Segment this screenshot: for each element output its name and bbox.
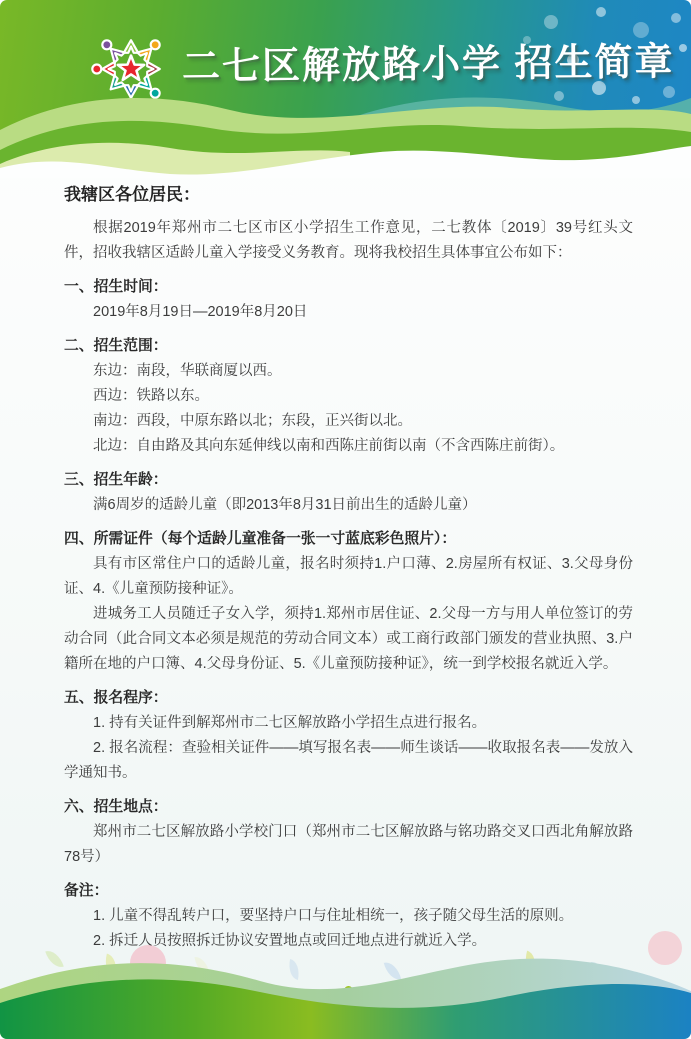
footer-wave-decoration	[0, 947, 691, 1039]
section-heading-5: 五、报名程序：	[64, 686, 633, 711]
section-line: 西边：铁路以东。	[64, 384, 633, 409]
section-paragraph: 2. 报名流程：查验相关证件——填写报名表——师生谈话——收取报名表——发放入学…	[64, 736, 633, 786]
section-line: 2019年8月19日—2019年8月20日	[64, 300, 633, 325]
section-line: 东边：南段，华联商厦以西。	[64, 359, 633, 384]
document-body: 我辖区各位居民： 根据2019年郑州市二七区市区小学招生工作意见，二七教体〔20…	[64, 182, 633, 1018]
section-line: 郑州市二七区解放路小学校门口（郑州市二七区解放路与铭功路交叉口西北角解放路78号…	[64, 820, 633, 870]
section-line: 南边：西段，中原东路以北；东段，正兴街以北。	[64, 409, 633, 434]
section-paragraph: 进城务工人员随迁子女入学，须持1.郑州市居住证、2.父母一方与用人单位签订的劳动…	[64, 602, 633, 677]
section-line: 北边：自由路及其向东延伸线以南和西陈庄前街以南（不含西陈庄前街）。	[64, 434, 633, 459]
section-heading-1: 一、招生时间：	[64, 275, 633, 300]
header-wave-decoration	[0, 80, 691, 178]
section-heading-3: 三、招生年龄：	[64, 468, 633, 493]
section-heading-6: 六、招生地点：	[64, 795, 633, 820]
section-line: 1. 儿童不得乱转户口，要坚持户口与住址相统一，孩子随父母生活的原则。	[64, 904, 633, 929]
section-paragraph: 具有市区常住户口的适龄儿童，报名时须持1.户口薄、2.房屋所有权证、3.父母身份…	[64, 552, 633, 602]
section-heading-remarks: 备注：	[64, 879, 633, 904]
section-paragraph: 1. 持有关证件到解郑州市二七区解放路小学招生点进行报名。	[64, 711, 633, 736]
enrollment-poster: 郑州市二七区解放路小学 二七区解放路小学 招生简章 我辖区各位居民： 根据201…	[0, 0, 691, 1039]
header-banner: 郑州市二七区解放路小学 二七区解放路小学 招生简章	[0, 0, 691, 178]
section-heading-4: 四、所需证件（每个适龄儿童准备一张一寸蓝底彩色照片）：	[64, 527, 633, 552]
intro-paragraph: 根据2019年郑州市二七区市区小学招生工作意见，二七教体〔2019〕39号红头文…	[64, 216, 633, 266]
section-line: 满6周岁的适龄儿童（即2013年8月31日前出生的适龄儿童）	[64, 493, 633, 518]
salutation: 我辖区各位居民：	[64, 182, 633, 208]
section-heading-2: 二、招生范围：	[64, 334, 633, 359]
